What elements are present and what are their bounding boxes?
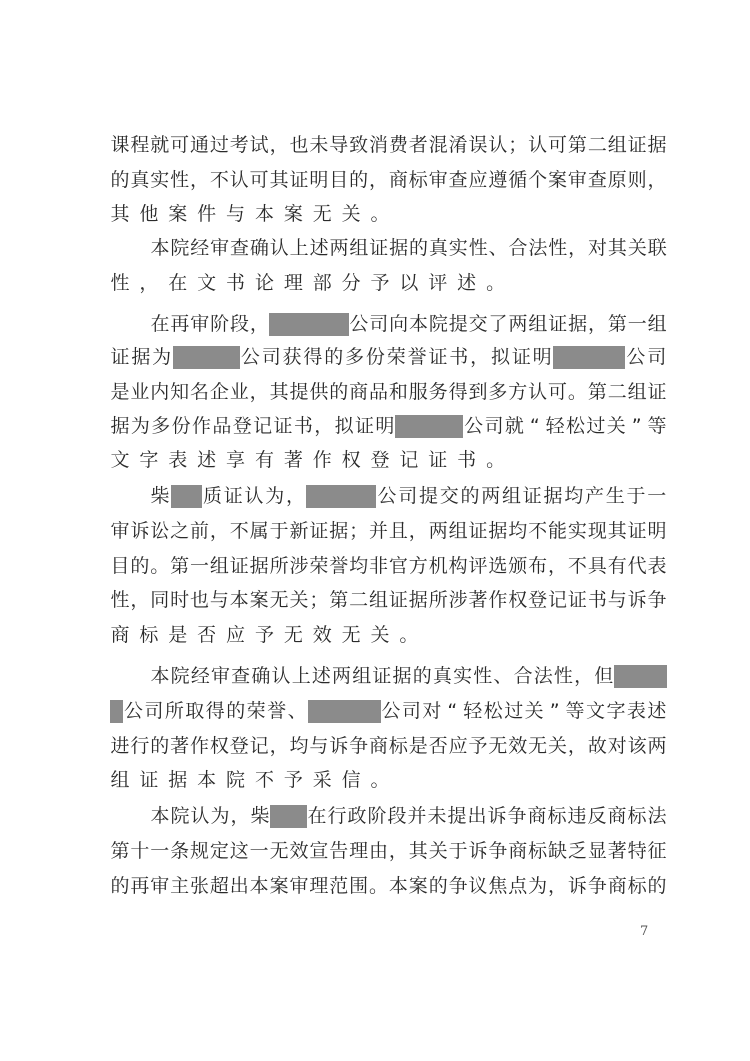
- text-line: 本院经审查确认上述两组证据的真实性、合法性，但: [150, 663, 667, 689]
- text-char: 行: [327, 803, 347, 829]
- text-char: 据: [647, 132, 667, 158]
- text-char: 予: [254, 622, 274, 648]
- text-char: 。: [370, 201, 390, 227]
- text-char: 争: [587, 873, 607, 899]
- text-char: 关: [428, 838, 448, 864]
- text-char: 无: [283, 622, 303, 648]
- text-char: 两: [329, 235, 349, 261]
- text-char: ，: [647, 167, 667, 193]
- text-char: 与: [209, 587, 229, 613]
- text-char: 组: [209, 553, 229, 579]
- text-char: 据: [249, 553, 269, 579]
- text-char: 据: [392, 663, 412, 689]
- text-char: 名: [190, 379, 210, 405]
- text-char: 组: [528, 311, 548, 337]
- text-char: 理: [349, 838, 369, 864]
- text-char: 定: [209, 838, 229, 864]
- text-char: 提: [289, 379, 309, 405]
- text-char: 消: [369, 132, 389, 158]
- text-char: 登: [232, 413, 252, 439]
- text-char: 。: [486, 447, 506, 473]
- text-line: 其他案件与本案无关。: [110, 201, 667, 227]
- text-char: 第: [567, 132, 587, 158]
- text-char: 商: [607, 803, 627, 829]
- text-char: 一: [249, 838, 269, 864]
- text-char: 本: [254, 201, 274, 227]
- text-char: ，: [269, 132, 289, 158]
- text-char: 不: [528, 518, 548, 544]
- text-char: 多: [151, 413, 171, 439]
- text-char: 述: [311, 663, 331, 689]
- text-char: 认: [229, 167, 249, 193]
- text-char: 未: [427, 803, 447, 829]
- text-char: 本: [150, 663, 170, 689]
- text-char: 得: [303, 344, 323, 370]
- text-char: 有: [607, 553, 627, 579]
- text-char: 。: [370, 767, 390, 793]
- text-char: 证: [428, 447, 448, 473]
- text-char: 商: [527, 803, 547, 829]
- text-char: 认: [271, 663, 291, 689]
- text-char: 司: [369, 311, 389, 337]
- text-char: 讼: [150, 518, 170, 544]
- text-char: 柴: [250, 803, 270, 829]
- text-char: 性: [473, 663, 493, 689]
- text-char: 权: [341, 447, 361, 473]
- text-char: 查: [587, 167, 607, 193]
- text-char: 争: [349, 733, 369, 759]
- text-char: 且: [388, 518, 408, 544]
- text-char: 予: [468, 733, 488, 759]
- text-char: 可: [548, 379, 568, 405]
- text-char: 为: [528, 873, 548, 899]
- text-char: 明: [309, 167, 329, 193]
- text-char: 法: [533, 663, 553, 689]
- text-char: 的: [460, 483, 480, 509]
- text-char: 无: [269, 838, 289, 864]
- text-char: 的: [226, 698, 246, 724]
- text-char: 司: [401, 698, 421, 724]
- text-char: 据: [488, 518, 508, 544]
- text-char: 证: [369, 235, 389, 261]
- text-char: 的: [324, 344, 344, 370]
- text-char: 份: [171, 413, 191, 439]
- text-char: 荣: [386, 344, 406, 370]
- text-char: 可: [170, 132, 190, 158]
- text-char: 本: [150, 235, 170, 261]
- text-char: 范: [329, 873, 349, 899]
- text-char: 松: [566, 413, 586, 439]
- text-char: 混: [428, 132, 448, 158]
- text-char: 可: [249, 167, 269, 193]
- text-char: 份: [365, 344, 385, 370]
- text-char: 予: [370, 270, 390, 296]
- text-char: 荣: [246, 698, 266, 724]
- text-char: 程: [130, 132, 150, 158]
- text-char: 通: [190, 132, 210, 158]
- text-char: 否: [197, 622, 217, 648]
- text-char: 导: [329, 132, 349, 158]
- text-char: 段: [387, 803, 407, 829]
- text-char: 实: [567, 518, 587, 544]
- text-char: 并: [407, 803, 427, 829]
- text-char: 主: [170, 873, 190, 899]
- text-char: 院: [170, 663, 190, 689]
- text-char: 条: [170, 838, 190, 864]
- text-line: 证据为公司获得的多份荣誉证书，拟证明公司: [110, 344, 667, 370]
- text-char: 为: [210, 803, 230, 829]
- text-line: 本院认为，柴在行政阶段并未提出诉争商标违反商标法: [150, 803, 667, 829]
- text-char: 认: [269, 235, 289, 261]
- text-line: 的真实性，不认可其证明目的，商标审查应遵循个案审查原则，: [110, 167, 667, 193]
- text-char: 书: [457, 447, 477, 473]
- text-char: 组: [627, 379, 647, 405]
- text-char: 其: [408, 838, 428, 864]
- text-char: 理: [283, 270, 303, 296]
- text-char: 真: [130, 167, 150, 193]
- text-char: 的: [428, 873, 448, 899]
- text-char: 誉: [329, 553, 349, 579]
- text-char: 明: [532, 344, 552, 370]
- text-char: “: [525, 413, 545, 439]
- text-char: 两: [481, 483, 501, 509]
- text-char: 得: [448, 379, 468, 405]
- text-char: ，: [230, 803, 250, 829]
- text-char: 等: [565, 698, 585, 724]
- text-char: ，: [574, 663, 594, 689]
- text-char: 据: [408, 587, 428, 613]
- text-char: 所: [164, 698, 184, 724]
- text-char: 上: [289, 235, 309, 261]
- text-char: ，: [249, 379, 269, 405]
- text-char: 诉: [329, 733, 349, 759]
- text-char: 过: [209, 132, 229, 158]
- text-char: 不: [254, 767, 274, 793]
- text-char: 品: [212, 413, 232, 439]
- text-char: 应: [468, 167, 488, 193]
- text-char: 供: [309, 379, 329, 405]
- text-char: 轻: [463, 698, 483, 724]
- text-char: 等: [647, 413, 667, 439]
- text-char: 两: [332, 663, 352, 689]
- text-char: ，: [388, 838, 408, 864]
- text-char: 其: [607, 235, 627, 261]
- text-char: 作: [190, 733, 210, 759]
- text-char: 效: [289, 838, 309, 864]
- text-char: 无: [488, 733, 508, 759]
- text-char: 商: [607, 873, 627, 899]
- text-char: 者: [408, 132, 428, 158]
- text-char: 审: [289, 873, 309, 899]
- text-char: 表: [168, 447, 188, 473]
- text-char: 第: [170, 553, 190, 579]
- text-char: 品: [369, 379, 389, 405]
- text-char: 审: [211, 663, 231, 689]
- text-char: 经: [190, 663, 210, 689]
- text-char: 认: [528, 132, 548, 158]
- text-char: 组: [110, 767, 130, 793]
- text-char: 方: [508, 379, 528, 405]
- text-char: 超: [209, 873, 229, 899]
- text-char: 提: [448, 311, 468, 337]
- text-char: 与: [226, 201, 246, 227]
- text-char: 就: [504, 413, 524, 439]
- text-char: 为: [152, 344, 172, 370]
- text-char: 该: [627, 733, 647, 759]
- text-char: 审: [428, 167, 448, 193]
- text-char: 在: [168, 270, 188, 296]
- text-char: 组: [502, 483, 522, 509]
- text-char: ”: [627, 413, 647, 439]
- text-char: 内: [150, 379, 170, 405]
- text-char: 实: [150, 167, 170, 193]
- text-char: 标: [139, 622, 159, 648]
- text-char: 交: [439, 483, 459, 509]
- text-char: ；: [309, 587, 329, 613]
- text-char: 书: [587, 587, 607, 613]
- text-char: 课: [110, 132, 130, 158]
- text-char: 证: [110, 344, 130, 370]
- text-char: 一: [647, 483, 667, 509]
- text-char: 标: [408, 167, 428, 193]
- text-char: 的: [647, 873, 667, 899]
- text-line: 柴质证认为，公司提交的两组证据均产生于一: [150, 483, 667, 509]
- text-char: 公: [377, 483, 397, 509]
- text-char: ，: [568, 235, 588, 261]
- text-char: 应: [226, 622, 246, 648]
- text-char: 拟: [491, 344, 511, 370]
- redaction-box: [614, 665, 667, 688]
- text-char: 有: [254, 447, 274, 473]
- text-char: 商: [110, 622, 130, 648]
- text-char: 的: [110, 167, 130, 193]
- text-line: 目的。第一组证据所涉荣誉均非官方机构评选颁布，不具有代表: [110, 553, 667, 579]
- text-char: 证: [627, 132, 647, 158]
- text-char: 以: [399, 270, 419, 296]
- text-char: 关: [627, 235, 647, 261]
- text-char: 认: [190, 803, 210, 829]
- text-char: 查: [231, 663, 251, 689]
- text-char: 院: [226, 767, 246, 793]
- text-char: 交: [468, 311, 488, 337]
- text-char: ，: [369, 167, 389, 193]
- text-char: “: [442, 698, 462, 724]
- text-char: 标: [528, 838, 548, 864]
- text-char: 轻: [545, 413, 565, 439]
- text-char: ，: [190, 167, 210, 193]
- redaction-box: [308, 700, 381, 723]
- text-char: 告: [329, 838, 349, 864]
- text-char: 获: [282, 344, 302, 370]
- text-char: 非: [369, 553, 389, 579]
- text-char: 证: [428, 344, 448, 370]
- text-char: 二: [349, 587, 369, 613]
- text-char: 淆: [448, 132, 468, 158]
- text-char: 案: [168, 201, 188, 227]
- text-char: 公: [381, 698, 401, 724]
- text-char: 无: [312, 201, 332, 227]
- text-char: 真: [428, 235, 448, 261]
- text-char: 字: [139, 447, 159, 473]
- text-char: 评: [428, 270, 448, 296]
- text-line: 课程就可通过考试，也未导致消费者混淆误认；认可第二组证据: [110, 132, 667, 158]
- text-char: 对: [607, 733, 627, 759]
- text-line: 审诉讼之前，不属于新证据；并且，两组证据均不能实现其证明: [110, 518, 667, 544]
- text-char: 费: [388, 132, 408, 158]
- text-char: 均: [289, 733, 309, 759]
- text-char: 否: [428, 733, 448, 759]
- text-char: 个: [528, 167, 548, 193]
- text-char: 审: [567, 167, 587, 193]
- text-char: 为: [265, 483, 285, 509]
- text-char: 表: [647, 553, 667, 579]
- text-char: 明: [375, 413, 395, 439]
- text-char: 与: [309, 733, 329, 759]
- text-char: 第: [587, 379, 607, 405]
- text-char: 。: [567, 379, 587, 405]
- text-char: 两: [428, 518, 448, 544]
- text-char: 部: [312, 270, 332, 296]
- text-char: 商: [349, 379, 369, 405]
- text-char: 显: [587, 838, 607, 864]
- text-line: 性，同时也与本案无关；第二组证据所涉著作权登记证书与诉争: [110, 587, 667, 613]
- text-char: 司: [398, 483, 418, 509]
- document-page: 课程就可通过考试，也未导致消费者混淆误认；认可第二组证据的真实性，不认可其证明目…: [0, 0, 750, 1061]
- text-char: 公: [123, 698, 143, 724]
- text-char: 与: [607, 587, 627, 613]
- text-char: 之: [170, 518, 190, 544]
- text-char: 其: [269, 379, 289, 405]
- text-char: 是: [110, 379, 130, 405]
- text-char: 案: [249, 587, 269, 613]
- text-char: 原: [607, 167, 627, 193]
- text-char: 务: [428, 379, 448, 405]
- text-char: 一: [150, 838, 170, 864]
- text-char: 第: [607, 311, 627, 337]
- text-char: 证: [468, 518, 488, 544]
- text-char: 性: [553, 663, 573, 689]
- text-char: 文: [197, 270, 217, 296]
- text-char: 产: [585, 483, 605, 509]
- text-char: 能: [548, 518, 568, 544]
- text-char: 享: [226, 447, 246, 473]
- text-char: 争: [647, 587, 667, 613]
- text-char: 标: [388, 733, 408, 759]
- text-char: 出: [467, 803, 487, 829]
- text-char: 权: [209, 733, 229, 759]
- text-char: 其: [269, 167, 289, 193]
- text-char: 性: [468, 235, 488, 261]
- text-char: 院: [428, 311, 448, 337]
- text-char: 官: [388, 553, 408, 579]
- text-char: 服: [408, 379, 428, 405]
- text-char: 企: [209, 379, 229, 405]
- text-char: 著: [468, 587, 488, 613]
- text-char: 记: [249, 733, 269, 759]
- text-char: 是: [408, 733, 428, 759]
- text-char: 新: [289, 518, 309, 544]
- redaction-box: [395, 415, 463, 438]
- text-char: ，: [249, 311, 269, 337]
- text-char: 采: [312, 767, 332, 793]
- text-char: 商: [508, 838, 528, 864]
- text-char: 诉: [627, 587, 647, 613]
- text-char: 涉: [289, 553, 309, 579]
- text-char: 进: [110, 733, 130, 759]
- text-char: 件: [197, 201, 217, 227]
- redaction-box: [270, 805, 307, 828]
- text-char: 查: [230, 235, 250, 261]
- text-char: 论: [254, 270, 274, 296]
- text-char: 理: [309, 873, 329, 899]
- text-char: 据: [168, 767, 188, 793]
- text-char: 证: [273, 413, 293, 439]
- text-char: 司: [647, 344, 667, 370]
- text-char: 实: [448, 235, 468, 261]
- text-char: 字: [606, 698, 626, 724]
- text-char: 院: [170, 803, 190, 829]
- text-char: 现: [587, 518, 607, 544]
- text-char: 提: [447, 803, 467, 829]
- text-char: 。: [486, 270, 506, 296]
- text-char: 记: [253, 413, 273, 439]
- text-char: 合: [508, 235, 528, 261]
- text-char: 于: [448, 838, 468, 864]
- text-char: 多: [488, 379, 508, 405]
- text-char: 誉: [407, 344, 427, 370]
- text-char: 诉: [130, 518, 150, 544]
- text-char: 司: [261, 344, 281, 370]
- text-char: ，: [588, 311, 608, 337]
- text-char: ，: [548, 873, 568, 899]
- text-char: 证: [548, 311, 568, 337]
- text-char: 证: [229, 553, 249, 579]
- text-char: 性: [170, 167, 190, 193]
- text-char: 布: [528, 553, 548, 579]
- text-char: 认: [528, 379, 548, 405]
- text-char: 上: [291, 663, 311, 689]
- text-char: 商: [369, 733, 389, 759]
- text-char: 案: [283, 201, 303, 227]
- text-char: 诉: [567, 873, 587, 899]
- text-line: 进行的著作权登记，均与诉争商标是否应予无效无关，故对该两: [110, 733, 667, 759]
- text-char: 分: [341, 270, 361, 296]
- text-char: 审: [110, 518, 130, 544]
- text-char: 证: [372, 663, 392, 689]
- text-char: 目: [110, 553, 130, 579]
- text-char: 登: [229, 733, 249, 759]
- text-char: 法: [528, 235, 548, 261]
- text-char: 誉: [267, 698, 287, 724]
- text-char: 述: [309, 235, 329, 261]
- text-char: 认: [488, 132, 508, 158]
- text-char: 、: [488, 235, 508, 261]
- text-char: 阶: [367, 803, 387, 829]
- text-char: 反: [587, 803, 607, 829]
- text-char: 出: [229, 873, 249, 899]
- text-char: 并: [369, 518, 389, 544]
- text-char: ，: [209, 518, 229, 544]
- text-char: 公: [464, 413, 484, 439]
- text-char: 公: [349, 311, 369, 337]
- text-char: 无: [528, 733, 548, 759]
- text-char: ，: [408, 518, 428, 544]
- text-char: 关: [370, 622, 390, 648]
- text-char: 记: [399, 447, 419, 473]
- text-char: 二: [587, 132, 607, 158]
- text-char: 案: [269, 873, 289, 899]
- text-char: ，: [130, 587, 150, 613]
